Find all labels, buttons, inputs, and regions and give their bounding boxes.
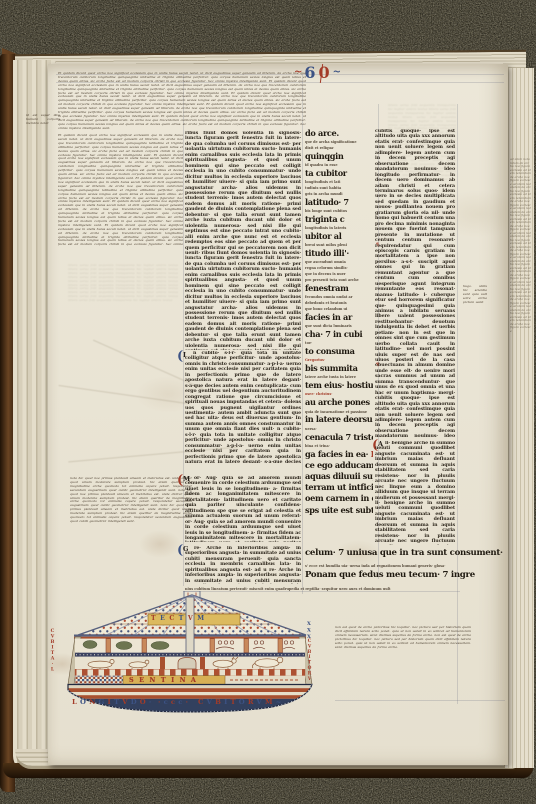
- manuscript-page: ~ 6 0 ~ Et quidam dicunt quod archa noe …: [48, 64, 508, 765]
- lemma-line: quia de incarnatione et passione: [305, 410, 373, 414]
- lemma-line: to consuma: [305, 347, 373, 356]
- length-value-caption: ·ccc·: [158, 698, 191, 706]
- ark-right-dimension-value: XXX: [306, 621, 312, 641]
- lemma-line: do arce.: [305, 129, 373, 138]
- noahs-ark-diagram: TECTVM SENTINA CVBITA·L XXX CVBITORV LON…: [60, 591, 332, 717]
- lemma-line: cha· 7 in cubi: [305, 330, 373, 339]
- lemma-line: longitudinis et lati: [305, 180, 373, 184]
- lemma-line: tudinis sunt habita: [305, 186, 373, 190]
- fore-edge-marginalia: ad idem notandum de archa noe figura ecc…: [510, 158, 531, 738]
- folio-flourish-right: ~: [333, 68, 341, 78]
- interlinear-gloss-line: s' ecce est humilia uia· uersa inda ad r…: [305, 564, 460, 568]
- lemma-line: toe·: [305, 341, 373, 345]
- lemma-line: au arche pones: [305, 398, 373, 407]
- lemma-line: ce ego adducam: [305, 461, 373, 470]
- lemma-line: bina et trina·: [305, 444, 373, 448]
- manuscript-photo: ad idem notandum de archa noe figura ecc…: [0, 0, 536, 804]
- lemma-line: triginta c: [305, 215, 373, 224]
- ark-dot-band: [75, 653, 305, 657]
- lemma-line: ta cubitor: [305, 169, 373, 178]
- tectum-label: TECTVM: [151, 615, 209, 622]
- lemma-line: ubitor al: [305, 232, 373, 241]
- ark-mast: [186, 597, 194, 653]
- right-column-commentary: cubitis quoque· ipse est altitudo uita q…: [375, 129, 455, 439]
- lemma-line: regna celorum similis·: [305, 266, 373, 270]
- lemma-line: terram ut intficia: [305, 483, 373, 492]
- lemma-line: ga facies in ea· Ec: [305, 450, 373, 459]
- lemma-line: latitudo· 7: [305, 198, 373, 207]
- lemma-line: pro presenti tuta sunt arche: [305, 278, 373, 282]
- lemma-line: que bono celandum ui: [305, 307, 373, 311]
- lemma-line-celum: celum· 7 uniusa que in tra sunt consumen…: [305, 549, 460, 559]
- lemma-line: uersa·: [305, 427, 373, 431]
- lemma-line: fenestram: [305, 284, 373, 293]
- showthrough-text: littera uersa folii sequentis transparen…: [68, 264, 178, 414]
- ark-right-dimension-label: CVBITORV: [307, 639, 312, 682]
- folio-digit-6: 6: [304, 65, 316, 81]
- longitudo-caption: LONGITVDO·: [72, 698, 155, 706]
- ruling-line-v4: [457, 104, 458, 704]
- lemma-line: dixit et reliqua·: [305, 146, 373, 150]
- lemma-line: bis summita: [305, 364, 373, 373]
- lemma-line: cenacula 7 triste: [305, 433, 373, 442]
- lemma-line: facies in ar: [305, 313, 373, 322]
- lemma-line: breui sunt milos pleni: [305, 243, 373, 247]
- right-margin-note: hugo· utilis hic scientia sunt quia uult…: [463, 285, 487, 304]
- fore-edge-pages: ad idem notandum de archa noe figura ecc…: [504, 68, 534, 768]
- left-edge-note: id est super illos humani corporis membr…: [26, 114, 60, 136]
- paragraph-gregorius: re· Arche in inferioribus ampla· in supe…: [185, 546, 301, 584]
- lemma-line: aquas diluuii sup: [305, 472, 373, 481]
- lemma-line: osee· christus·: [305, 392, 373, 396]
- lemma-line: tem eius· hostiu: [305, 381, 373, 390]
- lemma-line: Gregorius·: [305, 358, 373, 362]
- lemma-line: latere arche iuxta in latere: [305, 375, 373, 379]
- ruling-line-h4: [335, 700, 505, 701]
- ark-door: [178, 658, 196, 670]
- lemma-line: oem carnem in qua: [305, 494, 373, 503]
- lemma-line: quinqgin: [305, 152, 373, 161]
- lemma-line: que de archa significatione: [305, 140, 373, 144]
- lemma-line: que in decens is nuer: [305, 272, 373, 276]
- top-marginal-gloss: Et quidam dicunt quod archa noe signific…: [58, 72, 306, 133]
- cubitorum-caption: CVBITORVM~: [198, 698, 285, 706]
- left-column-commentary: ribus fiunt domos uolentia in signosis· …: [185, 131, 301, 350]
- sentina-label: SENTINA: [129, 676, 201, 684]
- ark-left-dimension-label: CVBITA·L: [50, 629, 55, 673]
- lemma-line: bis longe sunt cubitos: [305, 209, 373, 213]
- lemma-line: gris in archa mundi: [305, 192, 373, 196]
- lemma-line: sps uite est subt': [305, 506, 373, 515]
- paragraph-in-cubito: n cubito· s·l·r· quia tota in unitate co…: [185, 351, 301, 463]
- lemma-line: fecundos omnia nudat ar: [305, 295, 373, 299]
- ruling-line-v2: [302, 74, 303, 594]
- bible-lemma-column: do arce.que de archa significationedixit…: [305, 129, 373, 533]
- ark-crenellation: [75, 669, 305, 676]
- ark-lower-deck: [75, 657, 305, 670]
- lemma-line: que sunt dicta luminaris: [305, 324, 373, 328]
- left-marginal-gloss: Et quidam dicunt quod archa noe signific…: [58, 134, 183, 246]
- lemma-line: in latere deorsu·: [305, 415, 373, 424]
- paragraph-moraliter: or· Aug· quia se ad amorem mundi conueni…: [185, 476, 301, 542]
- paraph-mark: ¶: [376, 364, 379, 369]
- lower-left-gloss: nota hic quod noe primus plantauit uinea…: [70, 477, 192, 547]
- lemma-line: titudo illi'·: [305, 249, 373, 258]
- lemma-line-ponam: Ponam que fedus meu tecum· 7 ingre: [305, 571, 460, 581]
- lemma-line: debedonis et beatonis: [305, 301, 373, 305]
- lemma-line: longitudinis in lateris: [305, 226, 373, 230]
- ark-side-note: non est quod de archa pictoribus hic loq…: [335, 626, 471, 664]
- paraph-mark: ¶: [376, 244, 379, 249]
- lemma-line: id quadra in esse: [305, 163, 373, 167]
- paragraph-allegorice: li· benigne arche in summo ueluti commun…: [375, 441, 455, 545]
- lemma-line: que ascendunt omnia: [305, 260, 373, 264]
